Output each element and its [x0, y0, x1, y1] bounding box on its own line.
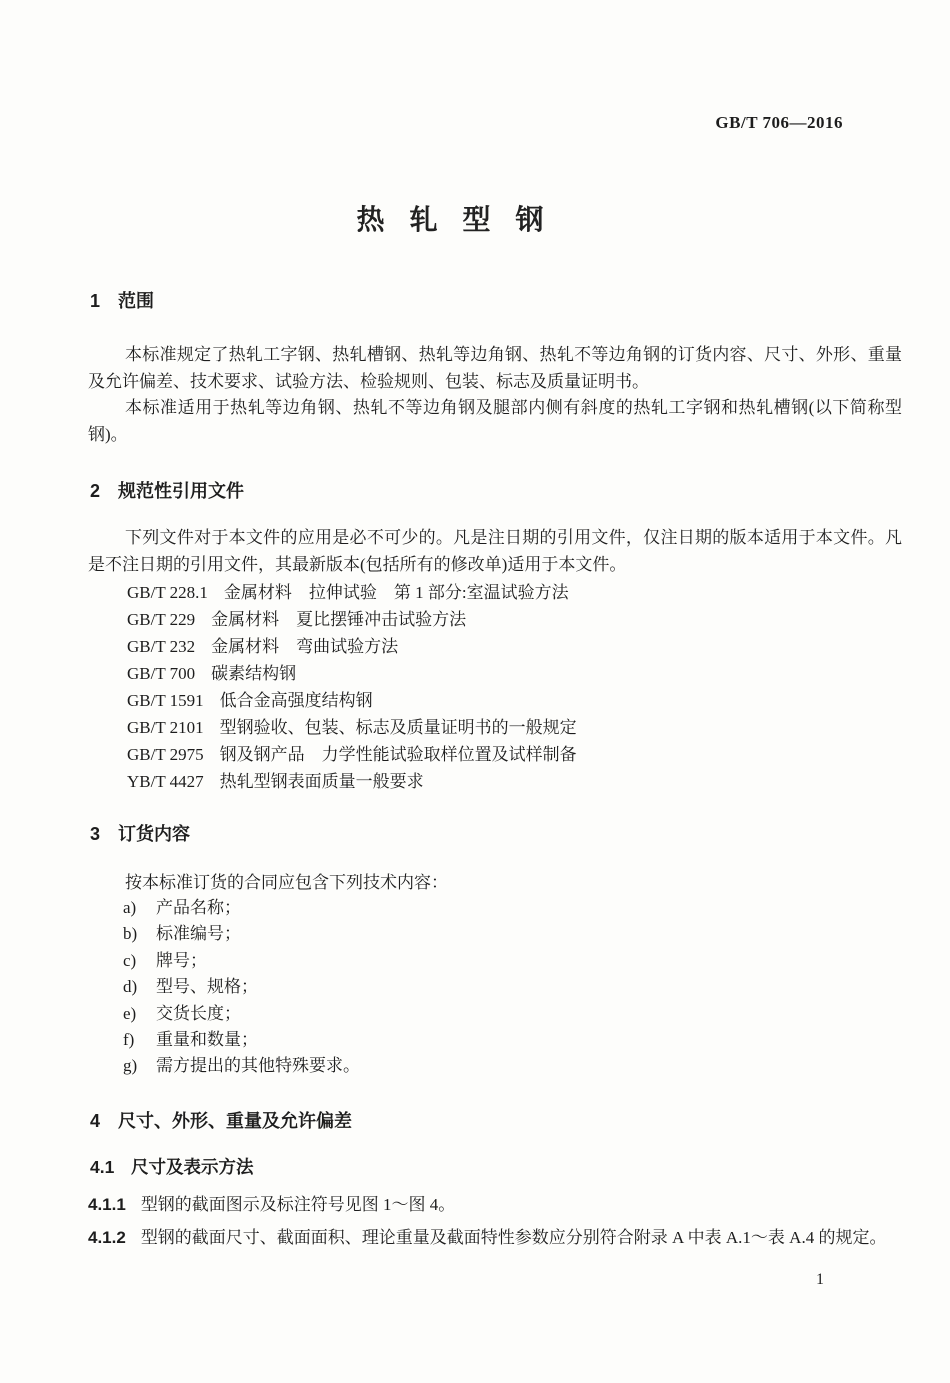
reference-code: GB/T 228.1 — [127, 579, 208, 606]
ordering-item: a)产品名称； — [123, 895, 360, 921]
reference-title: 金属材料 拉伸试验 第 1 部分:室温试验方法 — [224, 583, 569, 602]
section-1-title: 范围 — [118, 291, 154, 311]
clause-number: 4.1.1 — [88, 1195, 126, 1214]
section-4-number: 4 — [90, 1111, 118, 1131]
reference-code: YB/T 4427 — [127, 768, 204, 795]
item-marker: e) — [123, 1001, 156, 1027]
reference-title: 金属材料 弯曲试验方法 — [211, 637, 398, 656]
ordering-item: f)重量和数量； — [123, 1027, 360, 1053]
scope-paragraph-1: 本标准规定了热轧工字钢、热轧槽钢、热轧等边角钢、热轧不等边角钢的订货内容、尺寸、… — [88, 341, 902, 395]
section-1-number: 1 — [90, 291, 118, 311]
reference-code: GB/T 232 — [127, 633, 195, 660]
section-2-number: 2 — [90, 481, 118, 501]
item-marker: b) — [123, 921, 156, 947]
references-intro-paragraph: 下列文件对于本文件的应用是必不可少的。凡是注日期的引用文件，仅注日期的版本适用于… — [88, 524, 902, 578]
reference-code: GB/T 229 — [127, 606, 195, 633]
reference-title: 低合金高强度结构钢 — [220, 691, 373, 710]
section-3-title: 订货内容 — [118, 824, 190, 844]
reference-title: 型钢验收、包装、标志及质量证明书的一般规定 — [220, 718, 577, 737]
section-4-heading: 4尺寸、外形、重量及允许偏差 — [90, 1111, 352, 1131]
section-1-heading: 1范围 — [90, 291, 154, 311]
reference-item: GB/T 700碳素结构钢 — [127, 660, 577, 687]
document-title: 热轧型钢 — [0, 198, 950, 238]
item-text: 产品名称； — [156, 898, 241, 917]
reference-title: 热轧型钢表面质量一般要求 — [220, 772, 424, 791]
ordering-item: e)交货长度； — [123, 1001, 360, 1027]
item-marker: g) — [123, 1053, 156, 1079]
section-4-1-number: 4.1 — [90, 1157, 131, 1177]
reference-code: GB/T 2975 — [127, 741, 204, 768]
item-marker: a) — [123, 895, 156, 921]
section-4-title: 尺寸、外形、重量及允许偏差 — [118, 1111, 352, 1131]
item-text: 标准编号； — [156, 924, 241, 943]
references-list: GB/T 228.1金属材料 拉伸试验 第 1 部分:室温试验方法 GB/T 2… — [127, 579, 577, 795]
item-marker: d) — [123, 974, 156, 1000]
section-3-heading: 3订货内容 — [90, 824, 190, 844]
scope-paragraph-2: 本标准适用于热轧等边角钢、热轧不等边角钢及腿部内侧有斜度的热轧工字钢和热轧槽钢(… — [88, 394, 902, 448]
reference-item: GB/T 228.1金属材料 拉伸试验 第 1 部分:室温试验方法 — [127, 579, 577, 606]
section-4-1-heading: 4.1尺寸及表示方法 — [90, 1157, 254, 1177]
section-3-number: 3 — [90, 824, 118, 844]
clause-text: 型钢的截面尺寸、截面面积、理论重量及截面特性参数应分别符合附录 A 中表 A.1… — [141, 1228, 887, 1247]
reference-item: GB/T 2101型钢验收、包装、标志及质量证明书的一般规定 — [127, 714, 577, 741]
reference-title: 金属材料 夏比摆锤冲击试验方法 — [211, 610, 466, 629]
page-number: 1 — [816, 1271, 824, 1289]
standard-number: GB/T 706—2016 — [715, 113, 843, 133]
item-text: 牌号； — [156, 951, 207, 970]
item-text: 需方提出的其他特殊要求。 — [156, 1056, 360, 1075]
item-text: 重量和数量； — [156, 1030, 258, 1049]
reference-title: 钢及钢产品 力学性能试验取样位置及试样制备 — [220, 745, 577, 764]
section-2-title: 规范性引用文件 — [118, 481, 244, 501]
ordering-list: a)产品名称； b)标准编号； c)牌号； d)型号、规格； e)交货长度； f… — [123, 895, 360, 1080]
clause-text: 型钢的截面图示及标注符号见图 1～图 4。 — [141, 1195, 456, 1214]
clause-4-1-1: 4.1.1型钢的截面图示及标注符号见图 1～图 4。 — [88, 1191, 906, 1219]
clause-4-1-2: 4.1.2型钢的截面尺寸、截面面积、理论重量及截面特性参数应分别符合附录 A 中… — [88, 1224, 906, 1252]
ordering-item: b)标准编号； — [123, 921, 360, 947]
item-text: 型号、规格； — [156, 977, 258, 996]
ordering-item: g)需方提出的其他特殊要求。 — [123, 1053, 360, 1079]
reference-title: 碳素结构钢 — [211, 664, 296, 683]
reference-code: GB/T 700 — [127, 660, 195, 687]
reference-item: YB/T 4427热轧型钢表面质量一般要求 — [127, 768, 577, 795]
reference-item: GB/T 232金属材料 弯曲试验方法 — [127, 633, 577, 660]
section-2-heading: 2规范性引用文件 — [90, 481, 244, 501]
ordering-item: d)型号、规格； — [123, 974, 360, 1000]
section-4-1-title: 尺寸及表示方法 — [131, 1157, 254, 1177]
clause-number: 4.1.2 — [88, 1228, 126, 1247]
ordering-item: c)牌号； — [123, 948, 360, 974]
reference-item: GB/T 2975钢及钢产品 力学性能试验取样位置及试样制备 — [127, 741, 577, 768]
reference-item: GB/T 229金属材料 夏比摆锤冲击试验方法 — [127, 606, 577, 633]
reference-code: GB/T 2101 — [127, 714, 204, 741]
item-marker: f) — [123, 1027, 156, 1053]
item-text: 交货长度； — [156, 1004, 241, 1023]
ordering-intro: 按本标准订货的合同应包含下列技术内容： — [125, 869, 448, 896]
reference-item: GB/T 1591低合金高强度结构钢 — [127, 687, 577, 714]
reference-code: GB/T 1591 — [127, 687, 204, 714]
document-page: GB/T 706—2016 热轧型钢 1范围 本标准规定了热轧工字钢、热轧槽钢、… — [0, 0, 950, 1383]
item-marker: c) — [123, 948, 156, 974]
